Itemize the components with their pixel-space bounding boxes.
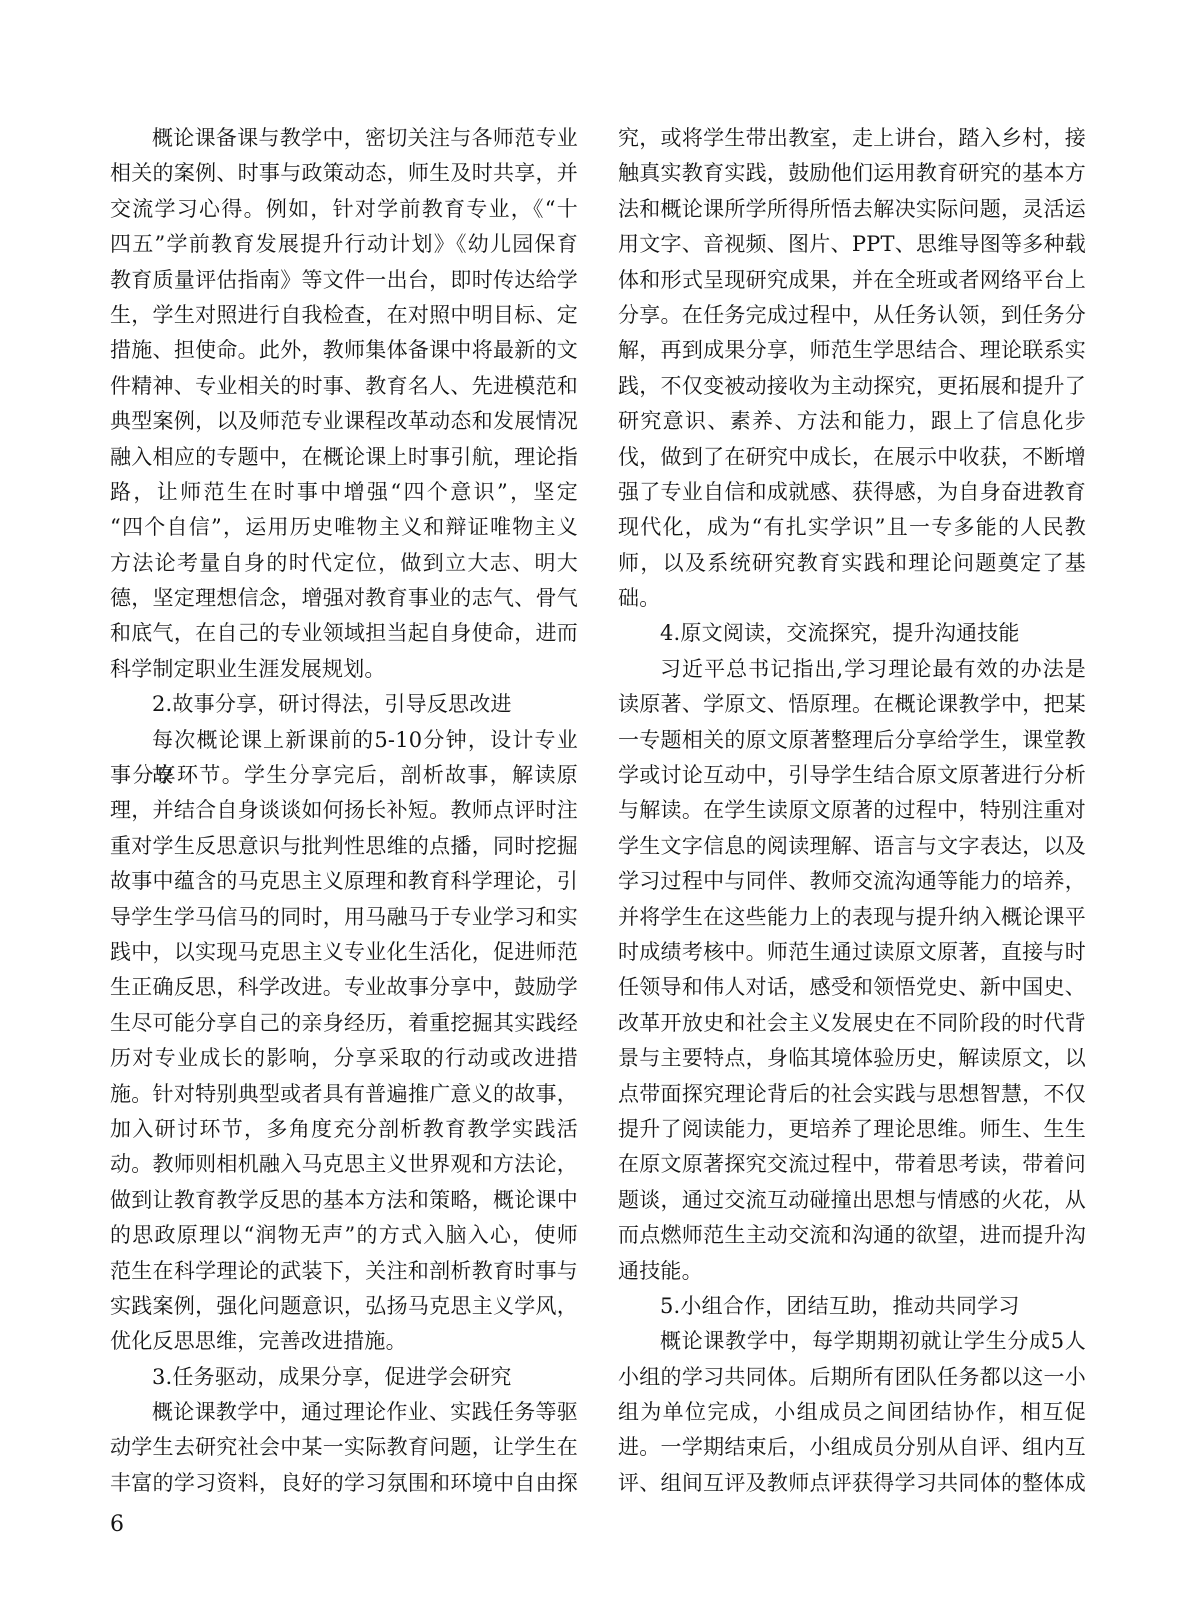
text-line: 学习过程中与同伴、教师交流沟通等能力的培养， [618, 864, 1086, 899]
text-line: 生，学生对照进行自我检查，在对照中明目标、定 [110, 298, 578, 333]
text-line: 方法论考量自身的时代定位，做到立大志、明大 [110, 546, 578, 581]
text-line: 与解读。在学生读原文原著的过程中，特别注重对 [618, 793, 1086, 828]
text-line: 学或讨论互动中，引导学生结合原文原著进行分析 [618, 758, 1086, 793]
text-line: 范生在科学理论的武装下，关注和剖析教育时事与 [110, 1254, 578, 1289]
text-line: 评、组间互评及教师点评获得学习共同体的整体成 [618, 1466, 1086, 1501]
text-line: 研究意识、素养、方法和能力，跟上了信息化步 [618, 404, 1086, 439]
text-line: 相关的案例、时事与政策动态，师生及时共享，并 [110, 156, 578, 191]
text-line: 改革开放史和社会主义发展史在不同阶段的时代背 [618, 1006, 1086, 1041]
text-line: 事分享环节。学生分享完后，剖析故事，解读原 [110, 758, 578, 793]
text-line: “四个自信”，运用历史唯物主义和辩证唯物主义 [110, 510, 578, 545]
text-line: 生正确反思，科学改进。专业故事分享中，鼓励学 [110, 970, 578, 1005]
text-line: 用文字、音视频、图片、PPT、思维导图等多种载 [618, 227, 1086, 262]
text-line: 概论课教学中，通过理论作业、实践任务等驱 [110, 1395, 578, 1430]
text-line: 一专题相关的原文原著整理后分享给学生，课堂教 [618, 723, 1086, 758]
text-line: 做到让教育教学反思的基本方法和策略，概论课中 [110, 1183, 578, 1218]
text-line: 概论课备课与教学中，密切关注与各师范专业 [110, 121, 578, 156]
section-heading: 4.原文阅读，交流探究，提升沟通技能 [618, 616, 1086, 651]
text-line: 交流学习心得。例如，针对学前教育专业，《“十 [110, 192, 578, 227]
left-column: 概论课备课与教学中，密切关注与各师范专业相关的案例、时事与政策动态，师生及时共享… [110, 121, 578, 1501]
text-line: 进。一学期结束后，小组成员分别从自评、组内互 [618, 1430, 1086, 1465]
text-line: 时成绩考核中。师范生通过读原文原著，直接与时 [618, 935, 1086, 970]
text-line: 理，并结合自身谈谈如何扬长补短。教师点评时注 [110, 793, 578, 828]
text-line: 分享。在任务完成过程中，从任务认领，到任务分 [618, 298, 1086, 333]
text-line: 提升了阅读能力，更培养了理论思维。师生、生生 [618, 1112, 1086, 1147]
text-line: 组为单位完成，小组成员之间团结协作，相互促 [618, 1395, 1086, 1430]
text-line: 导学生学马信马的同时，用马融马于专业学习和实 [110, 900, 578, 935]
text-columns: 概论课备课与教学中，密切关注与各师范专业相关的案例、时事与政策动态，师生及时共享… [110, 121, 1086, 1501]
text-line: 教育质量评估指南》等文件一出台，即时传达给学 [110, 263, 578, 298]
text-line: 现代化，成为“有扎实学识”且一专多能的人民教 [618, 510, 1086, 545]
page-number: 6 [110, 1510, 124, 1540]
text-line: 生尽可能分享自己的亲身经历，着重挖掘其实践经 [110, 1006, 578, 1041]
text-line: 点带面探究理论背后的社会实践与思想智慧，不仅 [618, 1077, 1086, 1112]
text-line: 在原文原著探究交流过程中，带着思考读，带着问 [618, 1147, 1086, 1182]
section-heading: 2.故事分享，研讨得法，引导反思改进 [110, 687, 578, 722]
text-line: 概论课教学中，每学期期初就让学生分成5人 [618, 1324, 1086, 1359]
text-line: 动。教师则相机融入马克思主义世界观和方法论， [110, 1147, 578, 1182]
text-line: 优化反思思维，完善改进措施。 [110, 1324, 578, 1359]
text-line: 学生文字信息的阅读理解、语言与文字表达，以及 [618, 829, 1086, 864]
right-column: 究，或将学生带出教室，走上讲台，踏入乡村，接触真实教育实践，鼓励他们运用教育研究… [618, 121, 1086, 1501]
text-line: 每次概论课上新课前的5-10分钟，设计专业故 [110, 723, 578, 758]
text-line: 施。针对特别典型或者具有普遍推广意义的故事， [110, 1077, 578, 1112]
text-line: 践，不仅变被动接收为主动探究，更拓展和提升了 [618, 369, 1086, 404]
text-line: 路，让师范生在时事中增强“四个意识”，坚定 [110, 475, 578, 510]
text-line: 故事中蕴含的马克思主义原理和教育科学理论，引 [110, 864, 578, 899]
text-line: 读原著、学原文、悟原理。在概论课教学中，把某 [618, 687, 1086, 722]
text-line: 融入相应的专题中，在概论课上时事引航，理论指 [110, 440, 578, 475]
text-line: 通技能。 [618, 1254, 1086, 1289]
text-line: 解，再到成果分享，师范生学思结合、理论联系实 [618, 333, 1086, 368]
text-line: 小组的学习共同体。后期所有团队任务都以这一小 [618, 1360, 1086, 1395]
text-line: 重对学生反思意识与批判性思维的点播，同时挖掘 [110, 829, 578, 864]
text-line: 师，以及系统研究教育实践和理论问题奠定了基 [618, 546, 1086, 581]
text-line: 四五”学前教育发展提升行动计划》《幼儿园保育 [110, 227, 578, 262]
text-line: 伐，做到了在研究中成长，在展示中收获，不断增 [618, 440, 1086, 475]
text-line: 丰富的学习资料，良好的学习氛围和环境中自由探 [110, 1466, 578, 1501]
text-line: 法和概论课所学所得所悟去解决实际问题，灵活运 [618, 192, 1086, 227]
text-line: 历对专业成长的影响，分享采取的行动或改进措 [110, 1041, 578, 1076]
text-line: 措施、担使命。此外，教师集体备课中将最新的文 [110, 333, 578, 368]
section-heading: 3.任务驱动，成果分享，促进学会研究 [110, 1360, 578, 1395]
text-line: 和底气，在自己的专业领域担当起自身使命，进而 [110, 616, 578, 651]
text-line: 科学制定职业生涯发展规划。 [110, 652, 578, 687]
text-line: 而点燃师范生主动交流和沟通的欲望，进而提升沟 [618, 1218, 1086, 1253]
text-line: 习近平总书记指出,学习理论最有效的办法是 [618, 652, 1086, 687]
text-line: 触真实教育实践，鼓励他们运用教育研究的基本方 [618, 156, 1086, 191]
text-line: 并将学生在这些能力上的表现与提升纳入概论课平 [618, 900, 1086, 935]
text-line: 实践案例，强化问题意识，弘扬马克思主义学风， [110, 1289, 578, 1324]
text-line: 加入研讨环节，多角度充分剖析教育教学实践活 [110, 1112, 578, 1147]
text-line: 件精神、专业相关的时事、教育名人、先进模范和 [110, 369, 578, 404]
text-line: 体和形式呈现研究成果，并在全班或者网络平台上 [618, 263, 1086, 298]
text-line: 景与主要特点，身临其境体验历史，解读原文，以 [618, 1041, 1086, 1076]
text-line: 动学生去研究社会中某一实际教育问题，让学生在 [110, 1430, 578, 1465]
text-line: 究，或将学生带出教室，走上讲台，踏入乡村，接 [618, 121, 1086, 156]
text-line: 典型案例，以及师范专业课程改革动态和发展情况 [110, 404, 578, 439]
text-line: 德，坚定理想信念，增强对教育事业的志气、骨气 [110, 581, 578, 616]
text-line: 题谈，通过交流互动碰撞出思想与情感的火花，从 [618, 1183, 1086, 1218]
document-page: 概论课备课与教学中，密切关注与各师范专业相关的案例、时事与政策动态，师生及时共享… [0, 0, 1191, 1616]
text-line: 践中，以实现马克思主义专业化生活化，促进师范 [110, 935, 578, 970]
text-line: 强了专业自信和成就感、获得感，为自身奋进教育 [618, 475, 1086, 510]
text-line: 的思政原理以“润物无声”的方式入脑入心，使师 [110, 1218, 578, 1253]
section-heading: 5.小组合作，团结互助，推动共同学习 [618, 1289, 1086, 1324]
text-line: 任领导和伟人对话，感受和领悟党史、新中国史、 [618, 970, 1086, 1005]
text-line: 础。 [618, 581, 1086, 616]
